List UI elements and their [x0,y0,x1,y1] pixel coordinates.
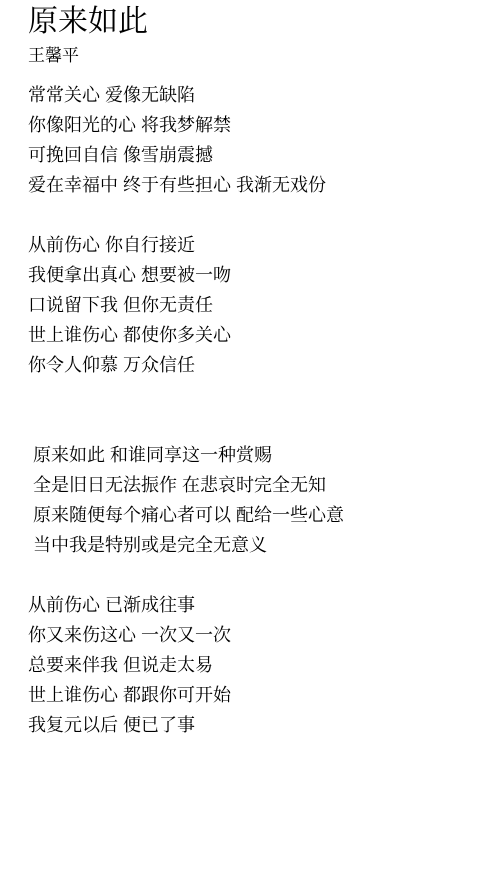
lyric-line: 从前伤心 已渐成往事 [28,590,480,620]
lyric-line: 全是旧日无法振作 在悲哀时完全无知 [28,470,480,500]
lyric-line: 原来如此 和谁同享这一种赏赐 [28,440,480,470]
lyrics-page: 原来如此 王馨平 常常关心 爱像无缺陷 你像阳光的心 将我梦解禁 可挽回自信 像… [0,0,500,880]
lyric-line: 可挽回自信 像雪崩震撼 [28,140,480,170]
lyric-line: 总要来伴我 但说走太易 [28,650,480,680]
stanza-verse-2: 从前伤心 你自行接近 我便拿出真心 想要被一吻 口说留下我 但你无责任 世上谁伤… [28,230,480,380]
lyric-line: 从前伤心 你自行接近 [28,230,480,260]
lyric-line: 我便拿出真心 想要被一吻 [28,260,480,290]
lyric-line: 你令人仰慕 万众信任 [28,350,480,380]
lyric-line: 你像阳光的心 将我梦解禁 [28,110,480,140]
lyrics-body: 常常关心 爱像无缺陷 你像阳光的心 将我梦解禁 可挽回自信 像雪崩震撼 爱在幸福… [28,80,480,740]
lyric-line: 常常关心 爱像无缺陷 [28,80,480,110]
stanza-chorus: 原来如此 和谁同享这一种赏赐 全是旧日无法振作 在悲哀时完全无知 原来随便每个痛… [28,440,480,560]
lyric-line: 我复元以后 便已了事 [28,710,480,740]
lyric-line: 当中我是特别或是完全无意义 [28,530,480,560]
lyric-line: 原来随便每个痛心者可以 配给一些心意 [28,500,480,530]
lyric-line: 世上谁伤心 都跟你可开始 [28,680,480,710]
lyric-line: 爱在幸福中 终于有些担心 我渐无戏份 [28,170,480,200]
artist-name: 王馨平 [28,44,480,68]
lyric-line: 你又来伤这心 一次又一次 [28,620,480,650]
song-title: 原来如此 [28,4,480,40]
stanza-verse-3: 从前伤心 已渐成往事 你又来伤这心 一次又一次 总要来伴我 但说走太易 世上谁伤… [28,590,480,740]
lyric-line: 口说留下我 但你无责任 [28,290,480,320]
stanza-verse-1: 常常关心 爱像无缺陷 你像阳光的心 将我梦解禁 可挽回自信 像雪崩震撼 爱在幸福… [28,80,480,200]
lyric-line: 世上谁伤心 都使你多关心 [28,320,480,350]
